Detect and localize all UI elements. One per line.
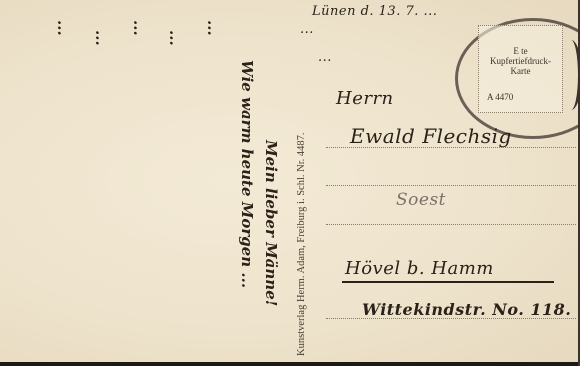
message-line-4: ... <box>130 20 148 36</box>
message-line-5: ... <box>92 30 110 46</box>
address-line-1 <box>326 147 576 148</box>
message-line-2: ... <box>204 20 222 36</box>
bottom-edge <box>0 362 580 366</box>
note-line-2: ... <box>300 22 314 37</box>
stamp-box-line3: Karte <box>479 66 562 76</box>
address-line-2 <box>326 185 576 186</box>
message-line-1: Wie warm heute Morgen ... <box>238 60 256 288</box>
message-greeting: Mein lieber Männe! <box>262 140 280 306</box>
stamp-box-line2: Kupfertiefdruck- <box>479 56 562 66</box>
stamp-box: E te Kupfertiefdruck- Karte A 4470 <box>478 25 563 113</box>
note-line-3: ... <box>318 50 332 65</box>
city-underline <box>342 281 554 283</box>
address-extra: Soest <box>396 190 446 210</box>
message-line-3: ... <box>166 30 184 46</box>
stamp-box-ref: A 4470 <box>487 92 513 102</box>
address-salutation: Herrn <box>336 88 394 109</box>
note-line-1: Lünen d. 13. 7. ... <box>312 4 437 19</box>
publisher-imprint: Kunstverlag Herm. Adam, Freiburg i. Schl… <box>296 133 307 357</box>
address-line-4 <box>326 318 576 319</box>
postcard-back: E te Kupfertiefdruck- Karte A 4470 Lünen… <box>0 0 578 362</box>
message-line-6: ... <box>54 20 72 36</box>
address-name: Ewald Flechsig <box>350 124 512 148</box>
stamp-box-line1: E te <box>479 46 562 56</box>
address-street: Wittekindstr. No. 118. <box>362 300 571 319</box>
address-line-3 <box>326 224 576 225</box>
address-city: Hövel b. Hamm <box>345 258 494 279</box>
